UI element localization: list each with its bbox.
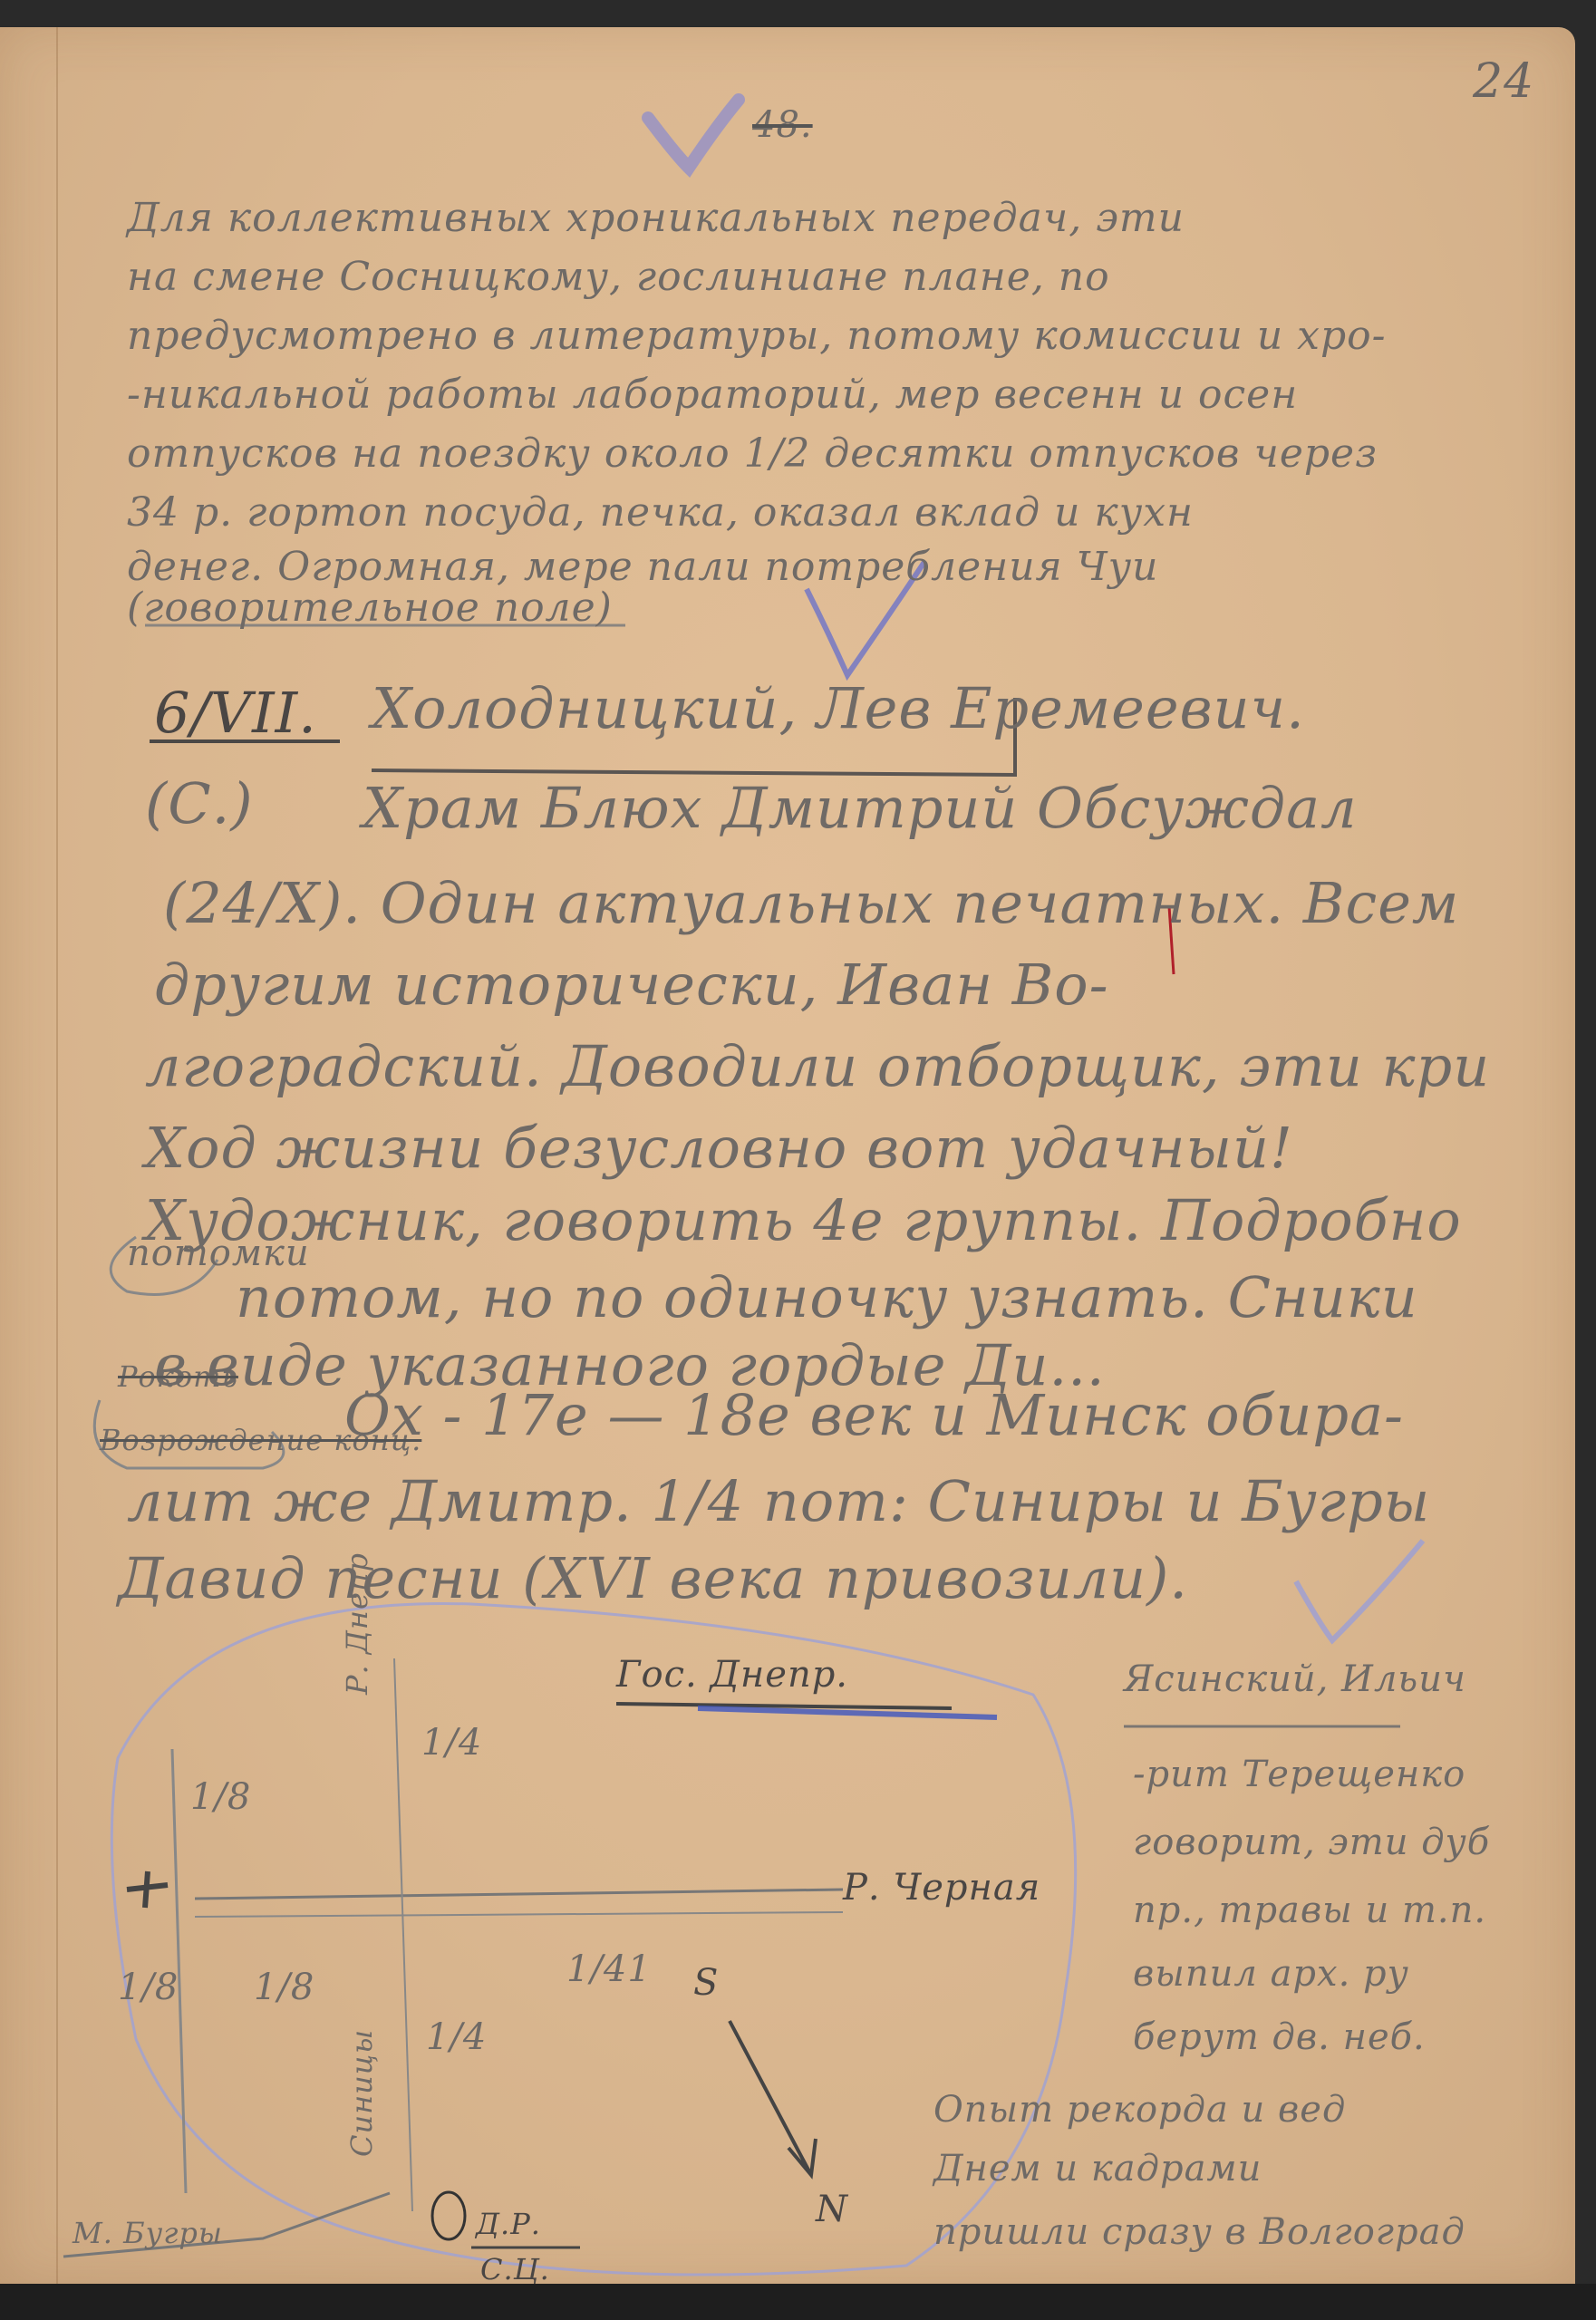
- label-sinitsy: Синицы: [344, 2029, 379, 2157]
- label-dr: Д.Р.: [476, 2207, 541, 2241]
- side-heading: Ясинский, Ильич: [1124, 1658, 1466, 1700]
- text-line: Ход жизни безусловно вот удачный!: [145, 1115, 1293, 1181]
- title-underline: [616, 1704, 952, 1708]
- text-line: Днем и кадрами: [933, 2148, 1262, 2189]
- diagram-title: Гос. Днепр.: [616, 1654, 848, 1696]
- cross-icon: [127, 1871, 168, 1908]
- margin-crossed-note: Рокоть: [118, 1359, 238, 1394]
- title-underline-blue: [698, 1708, 997, 1717]
- entry-name-heading: Холодницкий, Лев Еремеевич.: [372, 675, 1305, 741]
- compass-arrow-icon: [730, 2021, 816, 2175]
- text-line: (24/X). Один актуальных печатных. Всем: [163, 870, 1459, 936]
- fraction-label: 1/4: [426, 2016, 487, 2058]
- text-line: лит же Дмитр. 1/4 пот: Синиры и Бугры: [127, 1468, 1430, 1534]
- text-line: Художник, говорить 4е группы. Подробно: [145, 1187, 1462, 1253]
- blue-pencil-circle: [111, 1603, 1075, 2275]
- text-line: на смене Сосницкому, гослиниане плане, п…: [127, 254, 1110, 300]
- entry-date: 6/VII.: [154, 680, 317, 746]
- label-chernaya: Р. Черная: [843, 1867, 1040, 1909]
- text-line: другим исторически, Иван Во-: [154, 952, 1109, 1018]
- struck-page-number: 48.: [752, 104, 813, 146]
- page-number: 24: [1473, 54, 1534, 109]
- fraction-label: 1/8: [190, 1776, 251, 1818]
- circle-symbol: [432, 2192, 465, 2239]
- text-line: лгоградский. Доводили отборщик, эти кри: [145, 1033, 1490, 1099]
- text-line: говорит, эти дуб: [1133, 1822, 1490, 1863]
- fraction-label: 1/8: [118, 1967, 179, 2008]
- text-line: предусмотрено в литературы, потому комис…: [127, 313, 1387, 359]
- text-line: пришли сразу в Волгоград: [933, 2211, 1465, 2253]
- text-line: берут дв. неб.: [1133, 2016, 1426, 2058]
- compass-north: N: [816, 2189, 848, 2230]
- diagram-horizontal-axis: [195, 1890, 843, 1899]
- text-line: -никальной работы лабораторий, мер весен…: [127, 372, 1298, 418]
- compass-south: S: [693, 1962, 719, 2004]
- text-line: (говорительное поле): [127, 585, 613, 631]
- blue-checkmark-icon: [1296, 1541, 1423, 1640]
- text-line: Ох - 17е — 18е век и Минск обира-: [344, 1382, 1404, 1448]
- text-line: Давид песни (XVI века привозили).: [118, 1545, 1188, 1611]
- fraction-label: 1/41: [566, 1948, 652, 1990]
- fraction-label: 1/8: [254, 1967, 314, 2008]
- text-line: денег. Огромная, мере пали потребления Ч…: [127, 544, 1159, 590]
- text-line: потом, но по одиночку узнать. Сники: [236, 1264, 1418, 1330]
- label-dnepr: Р. Днепр: [340, 1552, 374, 1695]
- text-line: Опыт рекорда и вед: [933, 2089, 1346, 2131]
- text-line: Храм Блюх Дмитрий Обсуждал: [363, 775, 1358, 841]
- text-line: отпусков на поездку около 1/2 десятки от…: [127, 430, 1378, 477]
- fraction-label: 1/4: [421, 1722, 482, 1764]
- label-bugry: М. Бугры: [73, 2216, 223, 2250]
- text-line: Для коллективных хроникальных передач, э…: [127, 195, 1185, 241]
- diagram-vertical-axis-center: [394, 1658, 412, 2211]
- text-line: -рит Терещенко: [1133, 1754, 1465, 1795]
- blue-checkmark-icon: [648, 100, 739, 168]
- label-sc: С.Ц.: [480, 2252, 550, 2286]
- diagram-horizontal-axis-2: [195, 1912, 843, 1917]
- text-line: пр., травы и т.п.: [1133, 1890, 1486, 1931]
- text-line: 34 р. гортоп посуда, печка, оказал вклад…: [127, 489, 1194, 536]
- entry-mark: (С.): [145, 770, 254, 836]
- text-line: выпил арх. ру: [1133, 1953, 1409, 1995]
